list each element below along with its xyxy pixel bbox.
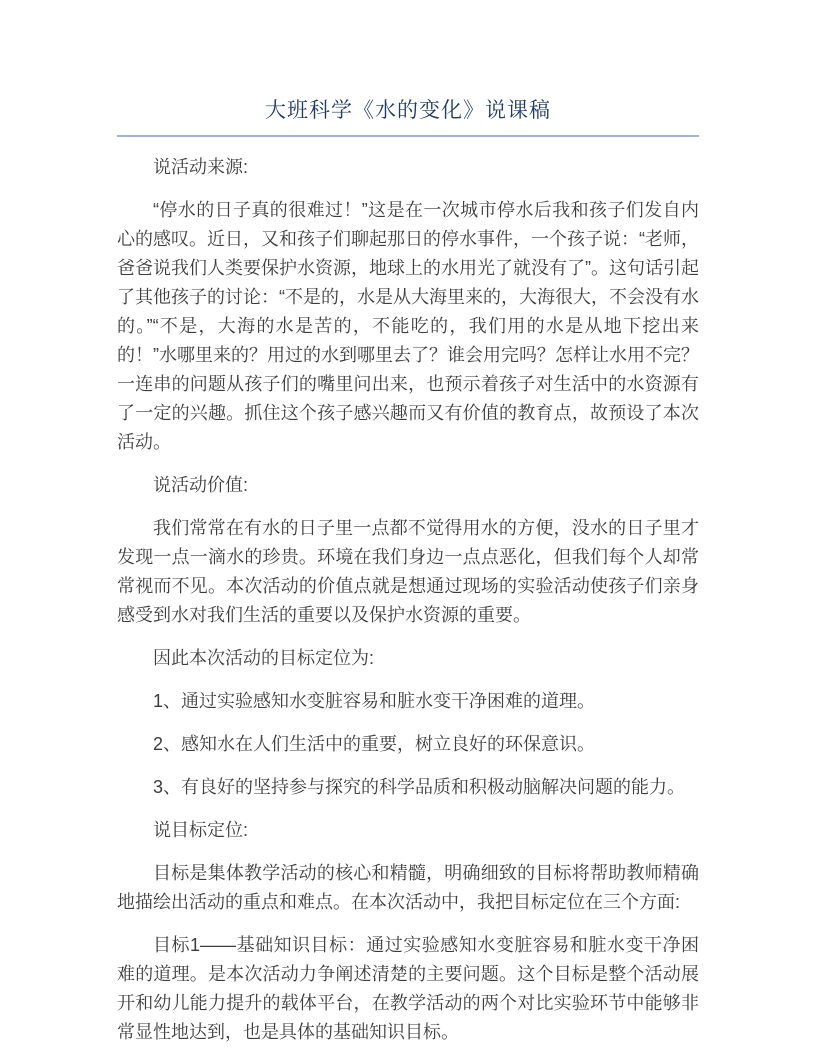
paragraph-activity-source: “停水的日子真的很难过！”这是在一次城市停水后我和孩子们发自内心的感叹。近日，又… (117, 196, 699, 457)
title-divider (117, 135, 699, 137)
paragraph-goal-positioning: 目标是集体教学活动的核心和精髓，明确细致的目标将帮助教师精确地描绘出活动的重点和… (117, 859, 699, 917)
paragraph-goal-1-detail: 目标1——基础知识目标：通过实验感知水变脏容易和脏水变干净困难的道理。是本次活动… (117, 931, 699, 1047)
list-item-goal-2: 2、感知水在人们生活中的重要，树立良好的环保意识。 (117, 730, 699, 759)
heading-activity-value: 说活动价值: (117, 471, 699, 500)
list-item-goal-1: 1、通过实验感知水变脏容易和脏水变干净困难的道理。 (117, 687, 699, 716)
paragraph-goal-intro: 因此本次活动的目标定位为: (117, 644, 699, 673)
document-title: 大班科学《水的变化》说课稿 (117, 96, 699, 126)
heading-goal-positioning: 说目标定位: (117, 816, 699, 845)
document-page: 大班科学《水的变化》说课稿 说活动来源: “停水的日子真的很难过！”这是在一次城… (0, 0, 816, 1056)
document-body: 说活动来源: “停水的日子真的很难过！”这是在一次城市停水后我和孩子们发自内心的… (117, 153, 699, 1047)
paragraph-activity-value: 我们常常在有水的日子里一点都不觉得用水的方便，没水的日子里才发现一点一滴水的珍贵… (117, 514, 699, 630)
list-item-goal-3: 3、有良好的坚持参与探究的科学品质和积极动脑解决问题的能力。 (117, 773, 699, 802)
heading-activity-source: 说活动来源: (117, 153, 699, 182)
